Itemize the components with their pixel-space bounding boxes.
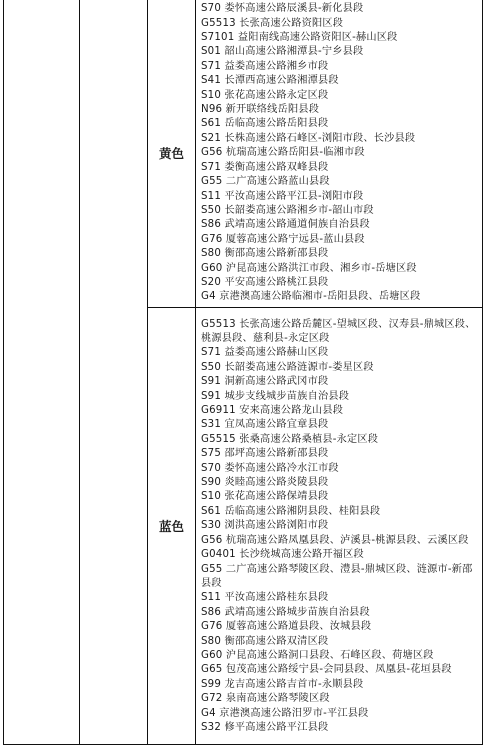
route-item: S30 浏洪高速公路浏阳市段: [201, 519, 482, 533]
route-item: S01 韶山高速公路湘潭县-宁乡县段: [201, 45, 482, 59]
route-item: G60 沪昆高速公路洪江市段、湘乡市-岳塘区段: [201, 262, 482, 276]
route-item: S71 益娄高速公路赫山区段: [201, 346, 482, 360]
route-item: G65 包茂高速公路绥宁县-会同县段、凤凰县-花垣县段: [201, 663, 482, 677]
route-item: S90 炎睦高速公路炎陵县段: [201, 476, 482, 490]
route-item: S70 娄怀高速公路辰溪县-新化县段: [201, 2, 482, 16]
table-row-yellow: 黄色 S70 娄怀高速公路辰溪县-新化县段G5513 长张高速公路资阳区段S71…: [4, 0, 483, 308]
route-item: G56 杭瑞高速公路岳阳县-临湘市段: [201, 146, 482, 160]
route-item: G6911 安来高速公路龙山县段: [201, 404, 482, 418]
route-list-blue: G5513 长张高速公路岳麓区-望城区段、汉寿县-鼎城区段、桃源县段、慈利县-永…: [201, 316, 482, 737]
route-item: G76 厦蓉高速公路宁远县-蓝山县段: [201, 233, 482, 247]
route-item: G56 杭瑞高速公路凤凰县段、泸溪县-桃源县段、云溪区段: [201, 534, 482, 548]
level-label: 蓝色: [159, 519, 184, 534]
blank-cell-col2: [80, 0, 148, 745]
route-item: S20 平安高速公路桃江县段: [201, 276, 482, 290]
route-item: S7101 益阳南线高速公路资阳区-赫山区段: [201, 31, 482, 45]
level-cell-blue: 蓝色: [148, 308, 196, 745]
route-item: S32 修平高速公路平江县段: [201, 721, 482, 735]
route-item: S41 长潭西高速公路湘潭县段: [201, 74, 482, 88]
route-item: S61 岳临高速公路岳阳县段: [201, 117, 482, 131]
route-item: S21 长株高速公路石峰区-浏阳市段、长沙县段: [201, 132, 482, 146]
level-label: 黄色: [159, 146, 184, 161]
route-item: G55 二广高速公路琴陵区段、澧县-鼎城区段、涟源市-新邵县段: [201, 563, 482, 592]
route-item: S99 龙吉高速公路吉首市-永顺县段: [201, 678, 482, 692]
route-item: S70 娄怀高速公路冷水江市段: [201, 462, 482, 476]
route-item: S86 武靖高速公路通道侗族自治县段: [201, 218, 482, 232]
route-item: S80 衡邵高速公路新邵县段: [201, 247, 482, 261]
route-item: G4 京港澳高速公路临湘市-岳阳县段、岳塘区段: [201, 290, 482, 304]
route-item: G76 厦蓉高速公路道县段、汝城县段: [201, 620, 482, 634]
route-item: S50 长韶娄高速公路湘乡市-韶山市段: [201, 204, 482, 218]
route-item: G5513 长张高速公路资阳区段: [201, 17, 482, 31]
level-cell-yellow: 黄色: [148, 0, 196, 308]
route-item: G4 京港澳高速公路汨罗市-平江县段: [201, 707, 482, 721]
route-item: S11 平汝高速公路桂东县段: [201, 591, 482, 605]
route-item: S50 长韶娄高速公路涟源市-娄星区段: [201, 361, 482, 375]
route-item: G0401 长沙绕城高速公路开福区段: [201, 548, 482, 562]
route-item: S71 益娄高速公路湘乡市段: [201, 60, 482, 74]
route-item: G5513 长张高速公路岳麓区-望城区段、汉寿县-鼎城区段、桃源县段、慈利县-永…: [201, 318, 482, 347]
route-item: S86 武靖高速公路城步苗族自治县段: [201, 606, 482, 620]
route-item: S71 娄衡高速公路双峰县段: [201, 161, 482, 175]
route-item: G5515 张桑高速公路桑植县-永定区段: [201, 433, 482, 447]
route-item: S91 洞新高速公路武冈市段: [201, 375, 482, 389]
route-item: G72 泉南高速公路琴陵区段: [201, 692, 482, 706]
route-item: S31 宜凤高速公路宜章县段: [201, 418, 482, 432]
warning-route-table: 黄色 S70 娄怀高速公路辰溪县-新化县段G5513 长张高速公路资阳区段S71…: [3, 0, 483, 745]
routes-cell-blue: G5513 长张高速公路岳麓区-望城区段、汉寿县-鼎城区段、桃源县段、慈利县-永…: [196, 308, 483, 745]
route-item: S75 邵坪高速公路新邵县段: [201, 447, 482, 461]
route-list-yellow: S70 娄怀高速公路辰溪县-新化县段G5513 长张高速公路资阳区段S7101 …: [201, 0, 482, 306]
route-item: N96 新开联络线岳阳县段: [201, 103, 482, 117]
routes-cell-yellow: S70 娄怀高速公路辰溪县-新化县段G5513 长张高速公路资阳区段S7101 …: [196, 0, 483, 308]
route-item: S11 平汝高速公路平江县-浏阳市段: [201, 190, 482, 204]
route-item: G55 二广高速公路蓝山县段: [201, 175, 482, 189]
route-item: S10 张花高速公路永定区段: [201, 89, 482, 103]
route-item: S10 张花高速公路保靖县段: [201, 490, 482, 504]
blank-cell-col1: [4, 0, 80, 745]
route-item: S80 衡邵高速公路双清区段: [201, 635, 482, 649]
route-item: S61 岳临高速公路湘阴县段、桂阳县段: [201, 505, 482, 519]
route-item: G60 沪昆高速公路洞口县段、石峰区段、荷塘区段: [201, 649, 482, 663]
route-item: S91 城步支线城步苗族自治县段: [201, 390, 482, 404]
